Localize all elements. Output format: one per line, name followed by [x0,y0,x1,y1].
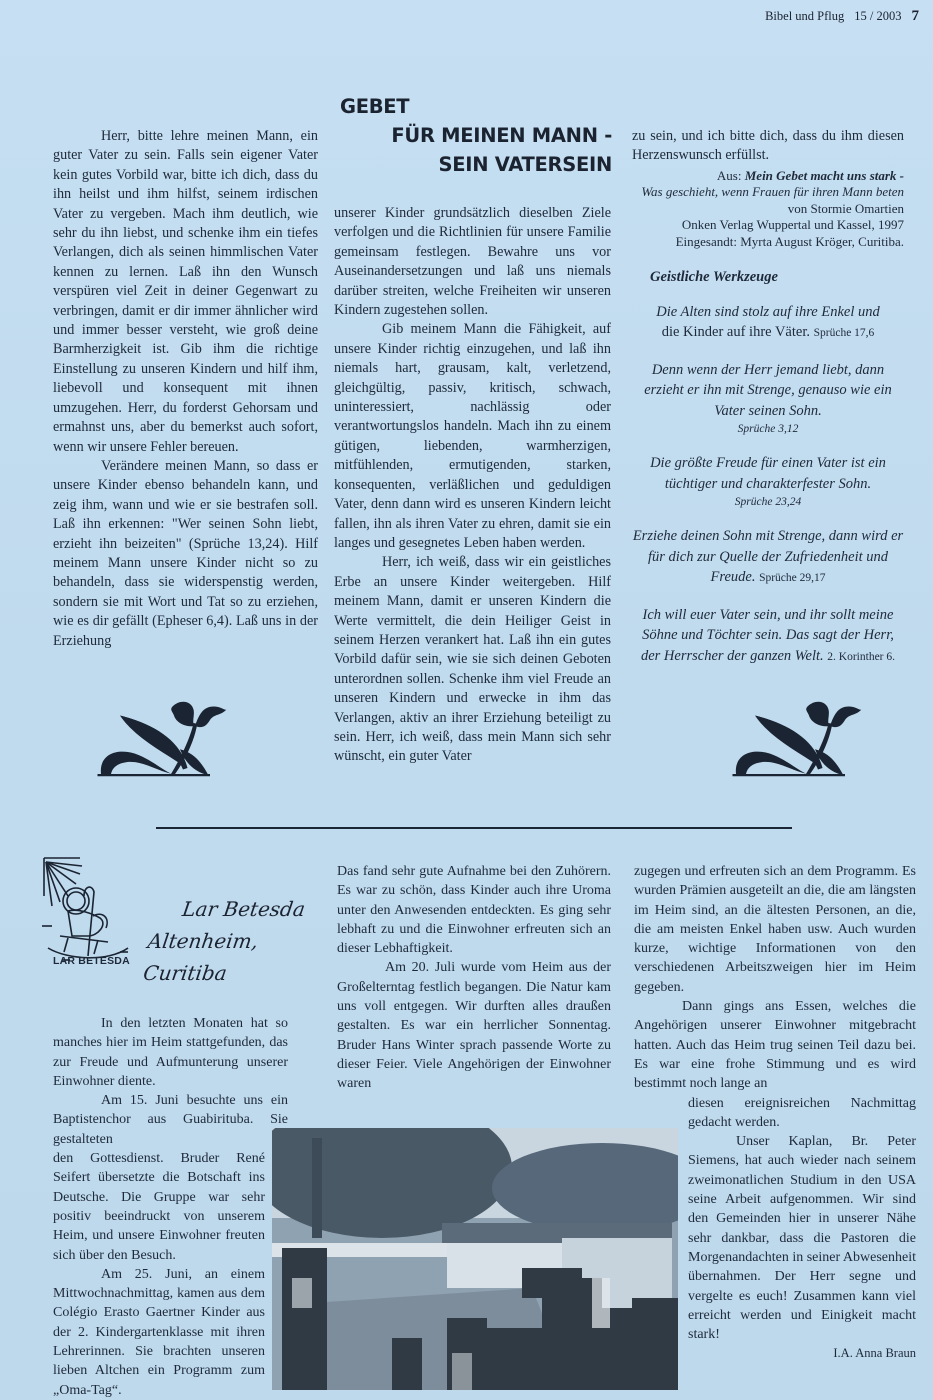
book-author: von Stormie Omartien [632,201,904,218]
book-subtitle: Was geschieht, wenn Frauen für ihren Man… [632,184,904,201]
issue-number: 15 / 2003 [854,9,901,24]
verse-reference: 2. Korinther 6. [827,651,895,663]
paragraph: Verändere meinen Mann, so dass er unsere… [53,457,318,651]
section-divider [156,827,792,829]
bible-verse: Ich will euer Vater sein, und ihr sollt … [632,605,904,668]
verse-reference: Sprüche 17,6 [814,327,875,339]
article2-column-2: Das fand sehr gute Aufnahme bei den Zuhö… [337,862,611,1094]
verse-reference: Sprüche 3,12 [632,421,904,437]
page-number: 7 [912,8,920,25]
paragraph: zu sein, und ich bitte dich, dass du ihm… [632,127,904,166]
paragraph: Unser Kaplan, Br. Peter Siemens, hat auc… [688,1132,916,1344]
rocking-chair-logo-icon [38,856,138,966]
source-citation: Aus: Mein Gebet macht uns stark - Was ge… [632,168,904,251]
running-header: Bibel und Pflug 15 / 2003 7 [765,8,919,25]
publication-name: Bibel und Pflug [765,9,844,24]
paragraph: Herr, ich weiß, dass wir ein geistliches… [334,553,611,766]
article1-column-3: zu sein, und ich bitte dich, dass du ihm… [632,127,904,683]
article1-column-2: unserer Kinder grundsätzlich dieselben Z… [334,204,611,767]
paragraph: unserer Kinder grundsätzlich dieselben Z… [334,204,611,320]
paragraph: Gib meinem Mann die Fähigkeit, auf unser… [334,320,611,553]
floral-ornament-icon [90,688,240,788]
bible-verse: Die Alten sind stolz auf ihre Enkel und … [632,302,904,344]
paragraph: Am 25. Juni, an einem Mittwochnachmittag… [53,1265,265,1400]
verse-reference: Sprüche 29,17 [759,572,825,584]
magazine-page: Bibel und Pflug 15 / 2003 7 GEBET FÜR ME… [0,0,933,1400]
paragraph: diesen ereignisreichen Nachmittag gedach… [688,1094,916,1133]
article1-column-1: Herr, bitte lehre meinen Mann, ein guter… [53,127,318,651]
verse-reference: Sprüche 23,24 [632,494,904,510]
bible-verse: Erziehe deinen Sohn mit Strenge, dann wi… [632,526,904,589]
title-line-2: FÜR MEINEN MANN - [340,121,612,150]
book-publisher: Onken Verlag Wuppertal und Kassel, 1997 [632,217,904,234]
floral-ornament-icon [725,688,875,788]
article2-column-1: In den letzten Monaten hat so manches hi… [53,1014,265,1400]
article-title: GEBET FÜR MEINEN MANN - SEIN VATERSEIN [340,92,612,179]
paragraph: Am 20. Juli wurde vom Heim aus der Große… [337,958,611,1093]
section-heading: Geistliche Werkzeuge [632,268,904,287]
title-line-1: GEBET [340,92,612,121]
heading-line-1: Lar Betesda [150,893,344,925]
paragraph: Herr, bitte lehre meinen Mann, ein guter… [53,127,318,457]
paragraph: Dann gings ans Essen, welches die Angehö… [634,997,916,1093]
paragraph: In den letzten Monaten hat so manches hi… [53,1014,288,1091]
book-title: Mein Gebet macht uns stark - [745,168,904,183]
paragraph: zugegen und erfreuten sich an dem Progra… [634,862,916,997]
bible-verse: Die größte Freude für einen Vater ist ei… [632,453,904,510]
paragraph: Am 15. Juni besuchte uns ein Baptistench… [53,1091,288,1149]
logo-caption: LAR BETESDA [53,955,130,967]
heading-line-2: Altenheim, Curitiba [141,925,340,989]
article2-heading: Lar Betesda Altenheim, Curitiba [141,893,344,989]
title-line-3: SEIN VATERSEIN [340,150,612,179]
bible-verse: Denn wenn der Herr jemand liebt, dann er… [632,360,904,438]
paragraph: Das fand sehr gute Aufnahme bei den Zuhö… [337,862,611,958]
courtyard-celebration-photo [272,1128,678,1390]
paragraph: den Gottesdienst. Bruder René Seifert üb… [53,1149,265,1265]
submitted-by: Eingesandt: Myrta August Kröger, Curitib… [632,234,904,251]
